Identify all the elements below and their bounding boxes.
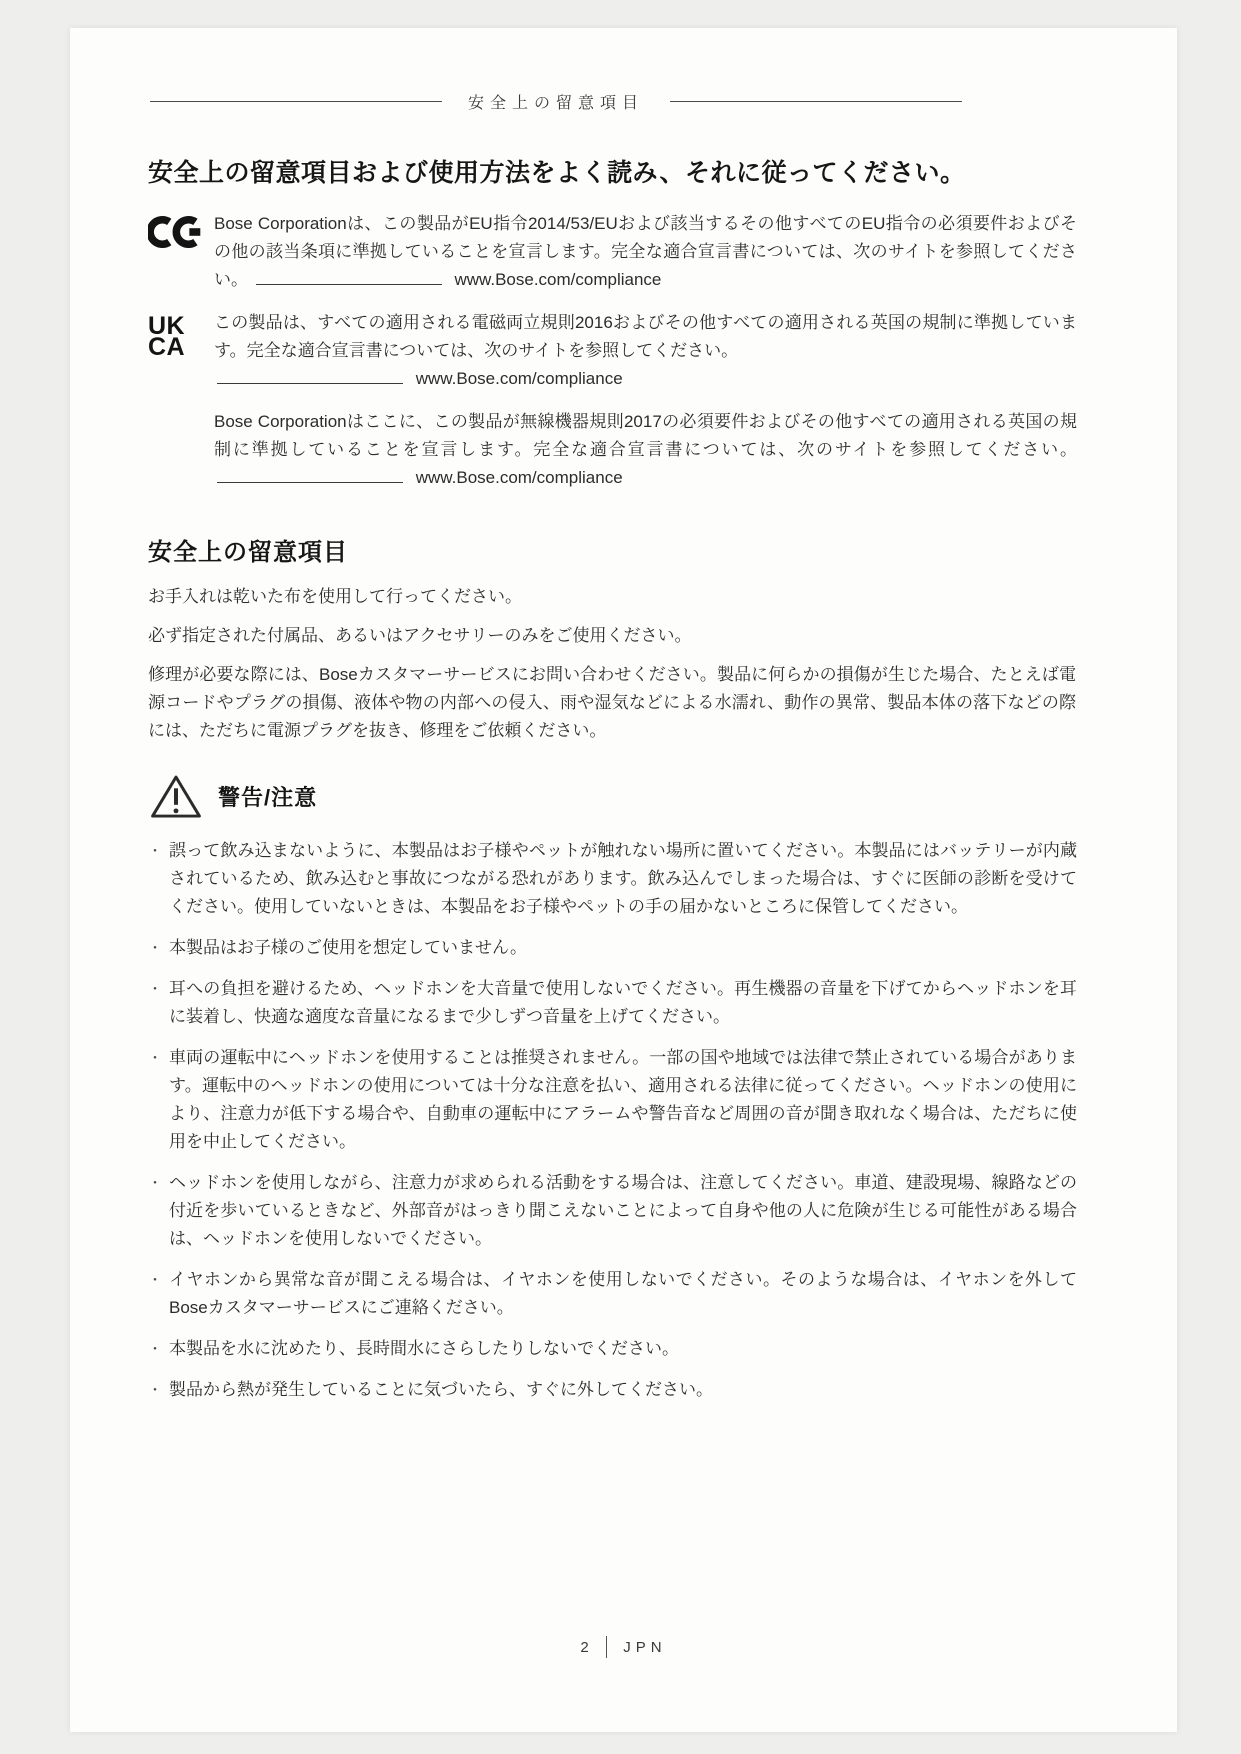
compliance-url: www.Bose.com/compliance (454, 270, 661, 289)
compliance-ukca-text: この製品は、すべての適用される電磁両立規則2016およびその他すべての適用される… (214, 309, 1077, 393)
warning-bullet-text: 本製品を水に沈めたり、長時間水にさらしたりしないでください。 (169, 1335, 679, 1363)
safety-section-heading: 安全上の留意項目 (148, 532, 1077, 567)
warning-heading-label: 警告/注意 (218, 781, 317, 812)
ukca-mark-icon: UK CA (148, 309, 214, 393)
running-header: 安全上の留意項目 (150, 90, 962, 113)
header-rule-right (670, 101, 962, 103)
warning-bullet-text: 車両の運転中にヘッドホンを使用することは推奨されません。一部の国や地域では法律で… (169, 1044, 1077, 1156)
warning-triangle-icon (150, 773, 202, 821)
compliance-ukca-section: UK CA この製品は、すべての適用される電磁両立規則2016およびその他すべて… (148, 309, 1077, 393)
bullet-marker: ・ (148, 975, 160, 1031)
running-header-title: 安全上の留意項目 (442, 90, 670, 113)
warning-bullet-text: イヤホンから異常な音が聞こえる場合は、イヤホンを使用しないでください。そのような… (169, 1266, 1077, 1322)
safety-paragraph: 必ず指定された付属品、あるいはアクセサリーのみをご使用ください。 (148, 622, 1076, 650)
warning-bullet: ・ 誤って飲み込まないように、本製品はお子様やペットが触れない場所に置いてくださ… (148, 837, 1077, 921)
warning-bullet-text: 本製品はお子様のご使用を想定していません。 (169, 934, 527, 962)
document-page: 安全上の留意項目 安全上の留意項目および使用方法をよく読み、それに従ってください… (70, 28, 1177, 1732)
page-number: 2 (580, 1639, 589, 1656)
compliance-statement: この製品は、すべての適用される電磁両立規則2016およびその他すべての適用される… (214, 313, 1077, 360)
signature-blank-line (256, 268, 442, 284)
page-footer: 2 JPN (70, 1636, 1177, 1658)
warning-bullet: ・ ヘッドホンを使用しながら、注意力が求められる活動をする場合は、注意してくださ… (148, 1169, 1077, 1253)
compliance-radio-section: Bose Corporationはここに、この製品が無線機器規則2017の必須要… (148, 408, 1077, 492)
compliance-statement: Bose Corporationはここに、この製品が無線機器規則2017の必須要… (214, 412, 1077, 459)
signature-blank-line (217, 466, 403, 482)
page-title: 安全上の留意項目および使用方法をよく読み、それに従ってください。 (148, 157, 1077, 190)
safety-paragraph: お手入れは乾いた布を使用して行ってください。 (148, 583, 1076, 611)
warning-bullet: ・ イヤホンから異常な音が聞こえる場合は、イヤホンを使用しないでください。そのよ… (148, 1266, 1077, 1322)
warning-bullet-text: 誤って飲み込まないように、本製品はお子様やペットが触れない場所に置いてください。… (169, 837, 1077, 921)
bullet-marker: ・ (148, 1169, 160, 1253)
bullet-marker: ・ (148, 1376, 160, 1404)
bullet-marker: ・ (148, 1266, 160, 1322)
ce-mark-icon (148, 210, 214, 294)
bullet-marker: ・ (148, 934, 160, 962)
compliance-ce-section: Bose Corporationは、この製品がEU指令2014/53/EUおよび… (148, 210, 1077, 294)
bullet-marker: ・ (148, 837, 160, 921)
compliance-radio-text: Bose Corporationはここに、この製品が無線機器規則2017の必須要… (214, 408, 1077, 492)
warning-bullet-text: 製品から熱が発生していることに気づいたら、すぐに外してください。 (169, 1376, 713, 1404)
warning-bullet-list: ・ 誤って飲み込まないように、本製品はお子様やペットが触れない場所に置いてくださ… (148, 837, 1077, 1404)
warning-bullet: ・ 本製品を水に沈めたり、長時間水にさらしたりしないでください。 (148, 1335, 1077, 1363)
compliance-ce-text: Bose Corporationは、この製品がEU指令2014/53/EUおよび… (214, 210, 1077, 294)
warning-bullet-text: 耳への負担を避けるため、ヘッドホンを大音量で使用しないでください。再生機器の音量… (169, 975, 1077, 1031)
logo-spacer (148, 408, 214, 492)
warning-bullet: ・ 本製品はお子様のご使用を想定していません。 (148, 934, 1077, 962)
warning-bullet-text: ヘッドホンを使用しながら、注意力が求められる活動をする場合は、注意してください。… (169, 1169, 1077, 1253)
warning-bullet: ・ 車両の運転中にヘッドホンを使用することは推奨されません。一部の国や地域では法… (148, 1044, 1077, 1156)
compliance-url: www.Bose.com/compliance (416, 468, 623, 487)
warning-bullet: ・ 耳への負担を避けるため、ヘッドホンを大音量で使用しないでください。再生機器の… (148, 975, 1077, 1031)
warning-bullet: ・ 製品から熱が発生していることに気づいたら、すぐに外してください。 (148, 1376, 1077, 1404)
bullet-marker: ・ (148, 1335, 160, 1363)
signature-blank-line (217, 367, 403, 383)
compliance-url: www.Bose.com/compliance (416, 369, 623, 388)
header-rule-left (150, 101, 442, 103)
ukca-line2: CA (148, 337, 214, 358)
footer-divider (606, 1636, 608, 1658)
warning-heading: 警告/注意 (150, 773, 1077, 821)
bullet-marker: ・ (148, 1044, 160, 1156)
safety-paragraph: 修理が必要な際には、Boseカスタマーサービスにお問い合わせください。製品に何ら… (148, 661, 1076, 745)
footer-region-code: JPN (623, 1639, 666, 1656)
